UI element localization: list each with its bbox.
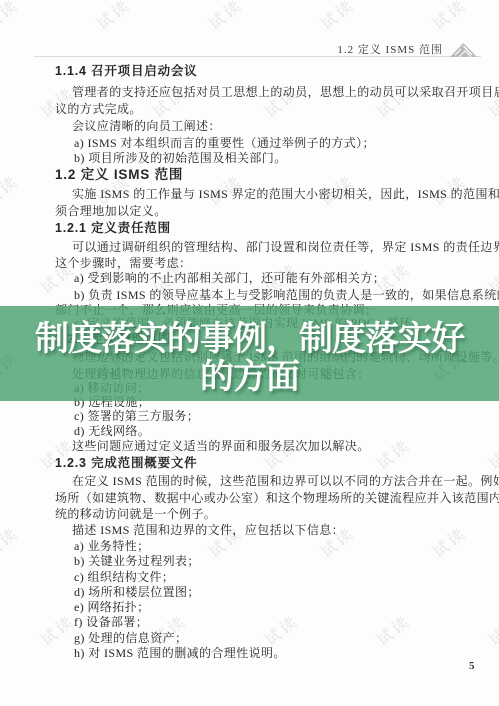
watermark-text: 试读 [483, 609, 499, 651]
watermark-text: 试读 [35, 609, 79, 651]
watermark-text: 试读 [91, 0, 135, 34]
watermark-text: 试读 [0, 169, 23, 211]
watermark-text: 试读 [259, 609, 303, 651]
doc-paragraph-line: 会议应清晰的向员工阐述： [72, 119, 221, 133]
doc-paragraph-line: 议的方式完成。 [55, 102, 142, 116]
doc-list-item: g) 处理的信息资产； [74, 631, 187, 645]
doc-paragraph-line: 可以通过调研组织的管理结构、部门设置和岗位责任等，界定 ISMS 的责任边界。实… [72, 240, 499, 254]
page-number: 5 [469, 660, 475, 672]
doc-list-item: d) 场所和楼层位置图； [74, 585, 200, 599]
doc-list-item: a) ISMS 对本组织而言的重要性（通过举例子的方式）； [74, 136, 375, 150]
doc-list-item: c) 组织结构文件； [74, 570, 174, 584]
doc-paragraph-line: 管理者的支持还应包括对员工思想上的动员，思想上的动员可以采取召开项目启动会 [72, 85, 499, 99]
watermark-text: 试读 [427, 521, 471, 563]
doc-paragraph-line: 须合理地加以定义。 [55, 204, 167, 218]
doc-paragraph-line: 统的移动访问就是一个例子。 [55, 507, 216, 521]
doc-list-item: b) 项目所涉及的初始范围及相关部门。 [74, 151, 287, 165]
doc-paragraph-line: 场所（如建筑物、数据中心或办公室）和这个物理场所的关键流程应并入该范围内。信息系 [55, 491, 499, 505]
doc-paragraph-line: 这个步骤时，需要考虑： [55, 256, 191, 270]
doc-list-item: d) 无线网络。 [74, 424, 150, 438]
doc-list-item: a) 受到影响的不止内部相关部门，还可能有外部相关方； [74, 271, 385, 285]
doc-paragraph-line: 在定义 ISMS 范围的时候，这些范围和边界可以以不同的方法合并在一起。例如：物… [72, 474, 499, 488]
doc-list-item: a) 业务特性； [74, 539, 150, 553]
doc-subsection-heading: 1.1.4 召开项目启动会议 [55, 64, 197, 78]
doc-list-item: c) 签署的第三方服务； [74, 409, 199, 423]
doc-section-heading: 1.2 定义 ISMS 范围 [55, 168, 183, 182]
doc-list-item: b) 关键业务过程列表； [74, 554, 200, 568]
doc-list-item: h) 对 ISMS 范围的删减的合理性说明。 [74, 646, 286, 660]
watermark-text: 试读 [315, 0, 359, 34]
watermark-text: 试读 [203, 0, 247, 34]
doc-subsection-heading: 1.2.1 定义责任范围 [55, 221, 171, 235]
watermark-text: 试读 [483, 433, 499, 475]
watermark-text: 试读 [0, 0, 23, 34]
watermark-text: 试读 [0, 521, 23, 563]
caption-overlay-line2: 的方面 [0, 349, 499, 398]
triangle-logo-icon [450, 42, 477, 58]
doc-paragraph-line: 这些问题应通过定义适当的界面和服务层次加以解决。 [72, 439, 370, 453]
doc-paragraph-line: 描述 ISMS 范围和边界的文件，应包括以下信息： [72, 523, 344, 537]
doc-list-item: f) 设备部署； [74, 615, 148, 629]
running-header: 1.2 定义 ISMS 范围 [337, 41, 443, 57]
doc-subsection-heading: 1.2.3 完成范围概要文件 [55, 456, 197, 470]
scanned-book-page: 1.2 定义 ISMS 范围 1.1.4 召开项目启动会议 管理者的支持还应包括… [0, 0, 499, 706]
watermark-text: 试读 [371, 609, 415, 651]
watermark-text: 试读 [371, 433, 415, 475]
doc-list-item: e) 网络拓扑； [74, 600, 150, 614]
doc-paragraph-line: 实施 ISMS 的工作量与 ISMS 界定的范围大小密切相关，因此，ISMS 的… [72, 187, 499, 201]
doc-list-item: b) 负责 ISMS 的领导应基本上与受影响范围的负责人是一致的，如果信息系统的… [74, 288, 499, 302]
watermark-text: 试读 [427, 0, 471, 34]
